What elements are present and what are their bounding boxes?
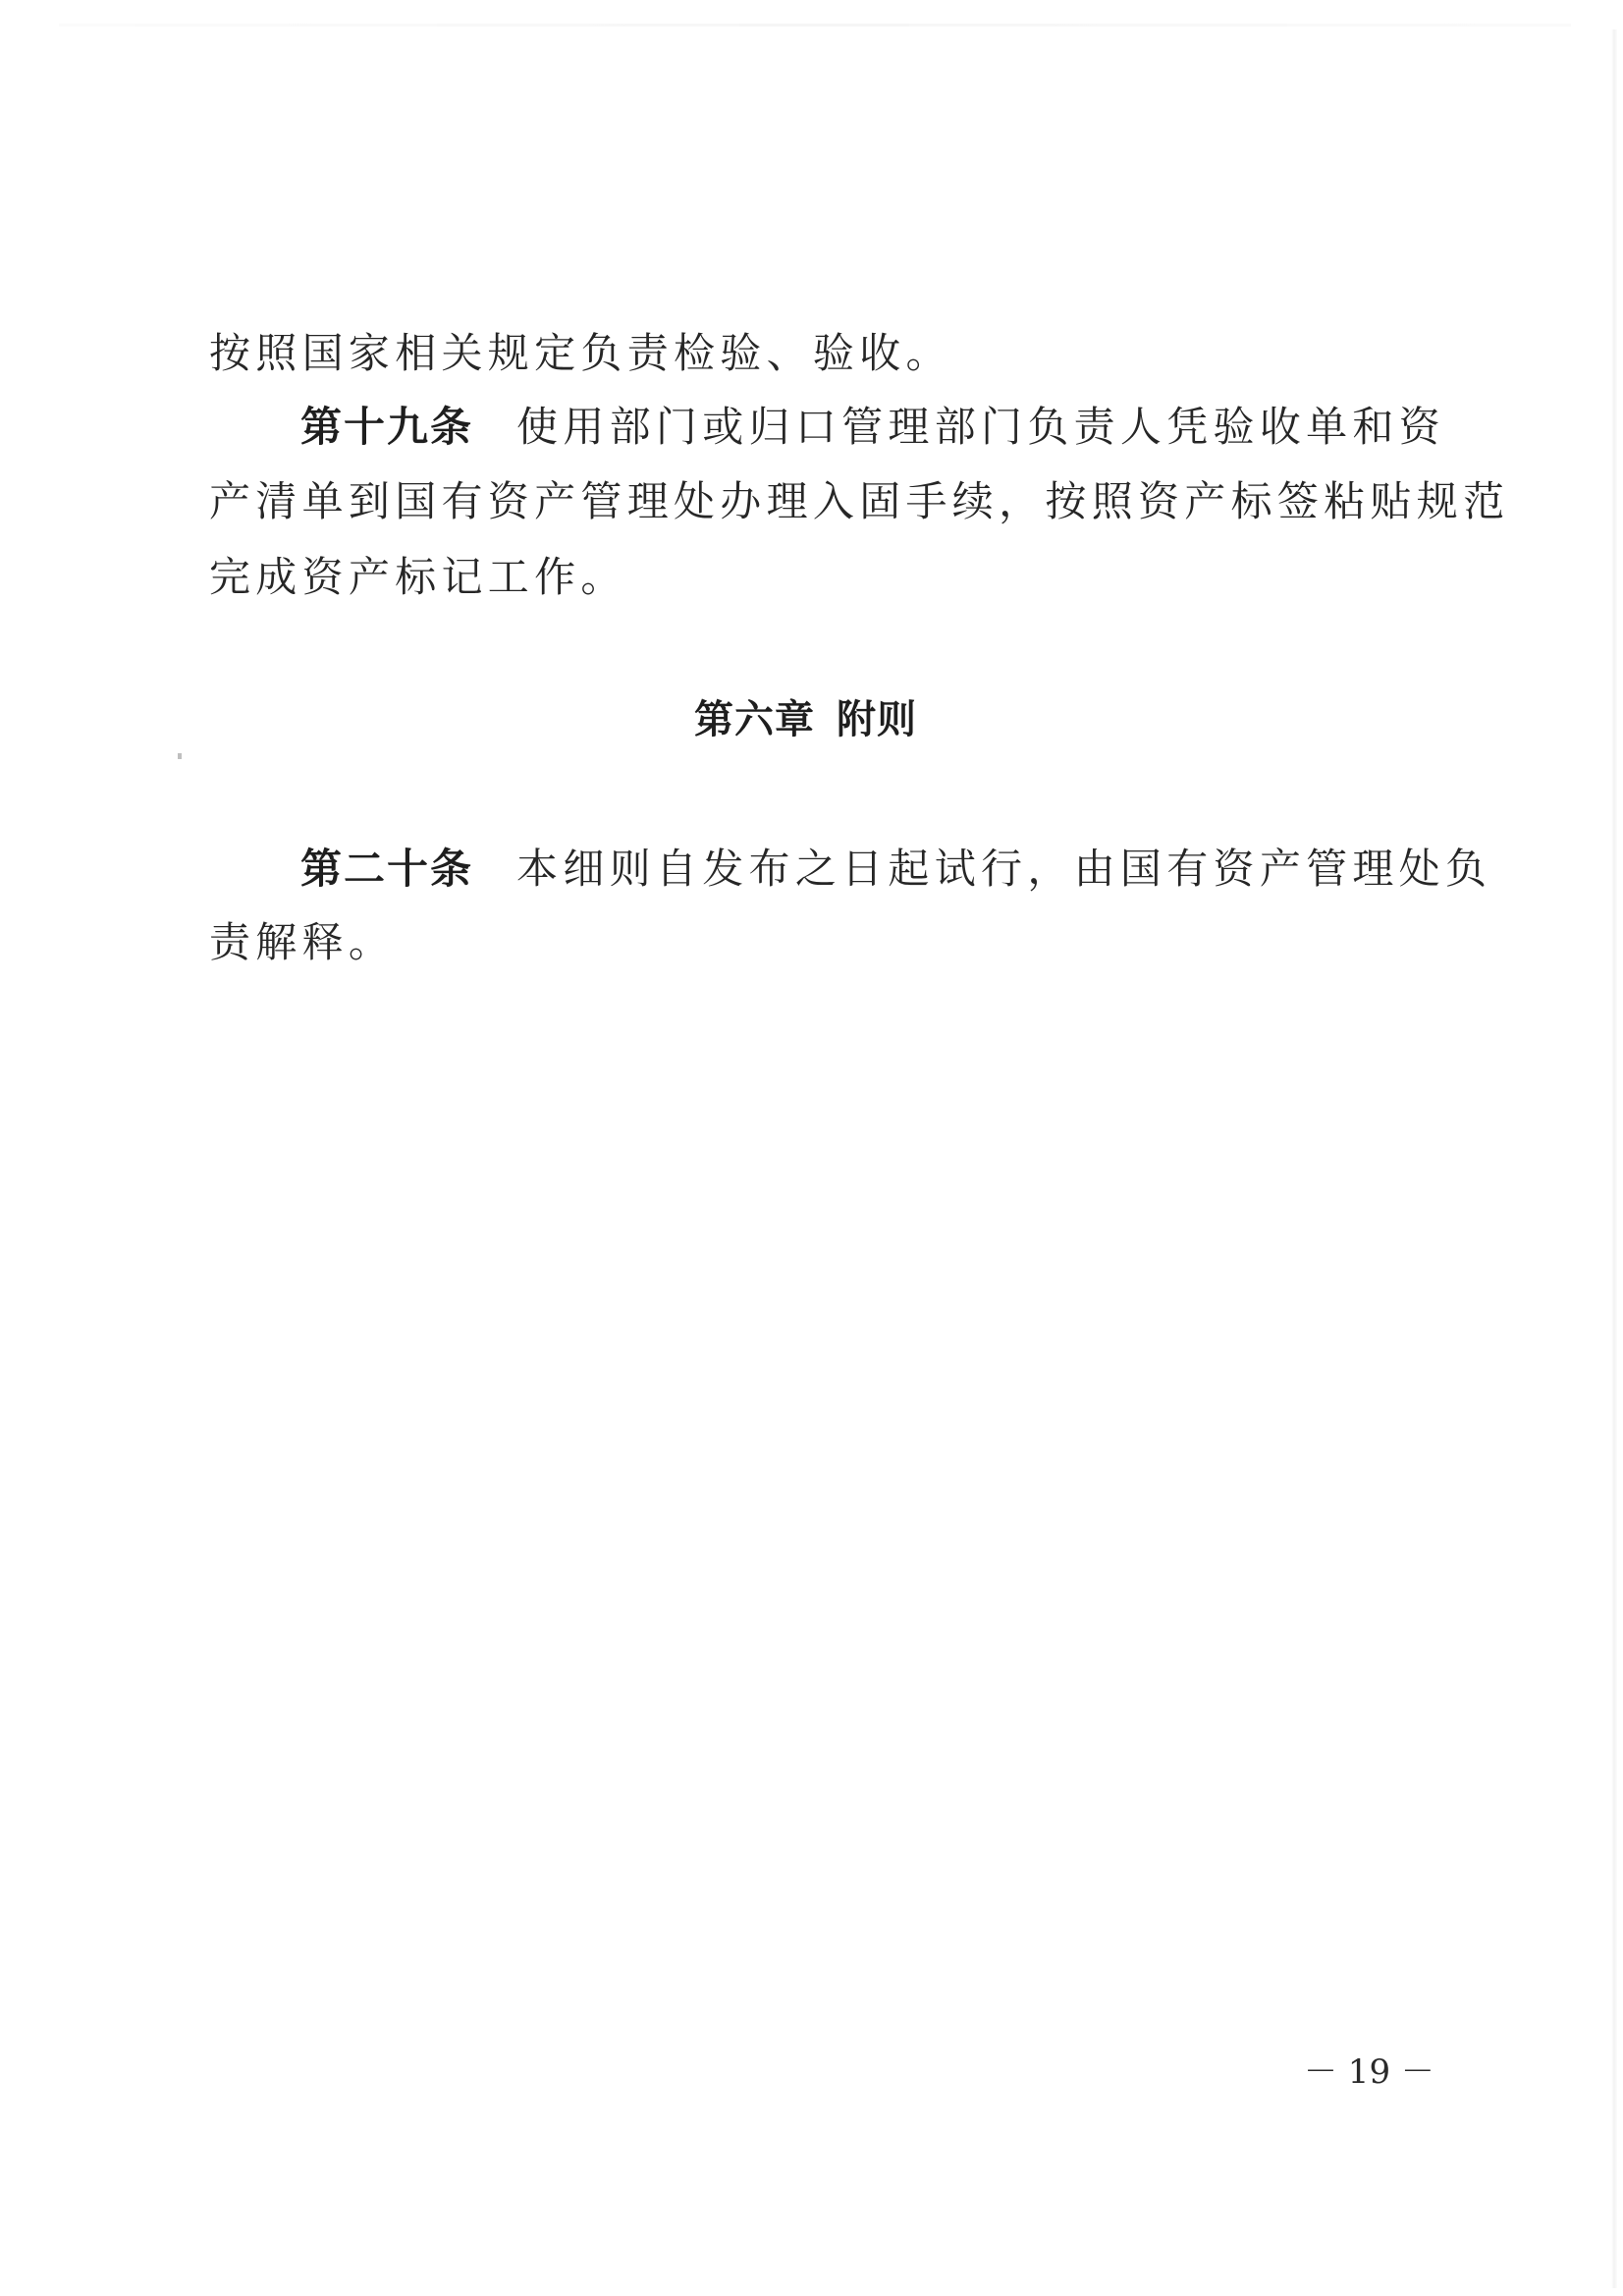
article-19-text-line-3: 完成资产标记工作。 xyxy=(209,554,627,601)
scan-artifact-right-edge xyxy=(1611,29,1617,2288)
article-19-text-line-2: 产清单到国有资产管理处办理入固手续，按照资产标签粘贴规范 xyxy=(209,478,1509,525)
article-20-first-line: 第二十条本细则自发布之日起试行，由国有资产管理处负 xyxy=(300,846,1491,893)
article-20-text-line-1: 本细则自发布之日起试行，由国有资产管理处负 xyxy=(516,845,1491,893)
article-20-number: 第二十条 xyxy=(300,845,473,893)
article-19-first-line: 第十九条使用部门或归口管理部门负责人凭验收单和资 xyxy=(300,404,1445,451)
chapter-title: 附则 xyxy=(837,697,917,742)
continuation-line: 按照国家相关规定负责检验、验收。 xyxy=(209,330,952,377)
scan-artifact-top-line xyxy=(59,24,1571,27)
article-19-number: 第十九条 xyxy=(300,403,473,451)
article-20-text-line-2: 责解释。 xyxy=(209,919,395,966)
scan-artifact-speck xyxy=(178,753,182,759)
chapter-heading: 第六章附则 xyxy=(694,696,917,743)
article-19-text-line-1: 使用部门或归口管理部门负责人凭验收单和资 xyxy=(516,403,1445,451)
page-number: － 19 － xyxy=(1304,2050,1434,2094)
chapter-number: 第六章 xyxy=(694,697,815,742)
